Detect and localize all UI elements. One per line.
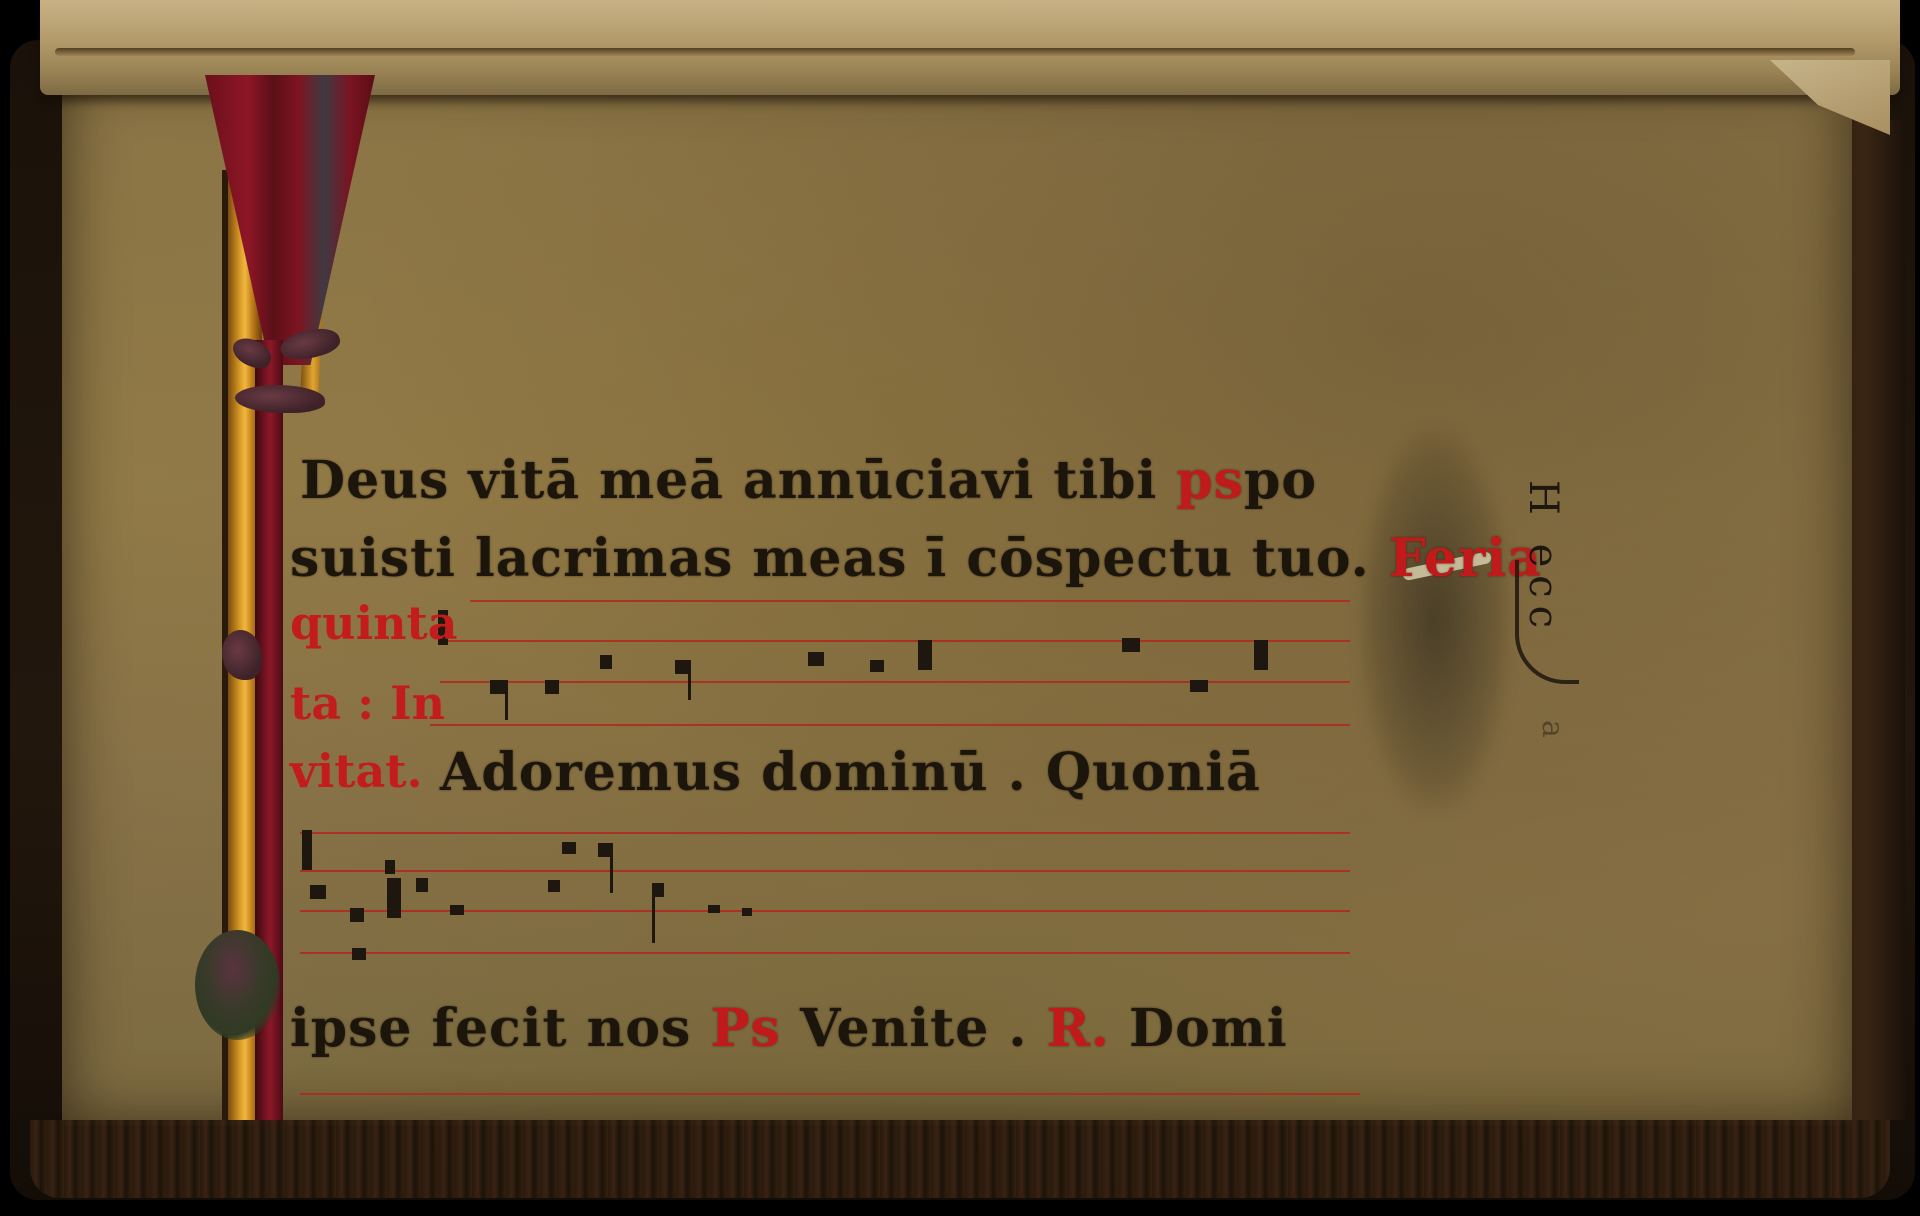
rubric-invitat-end: vitat. xyxy=(290,748,423,794)
rubric-psalm-mark: ps xyxy=(1176,450,1244,511)
note-stem xyxy=(610,843,613,893)
neume-note xyxy=(545,680,559,694)
neume-note xyxy=(1254,640,1268,670)
rubric-invitat-start: ta : In xyxy=(290,680,445,726)
note-stem xyxy=(652,883,655,943)
staff-line xyxy=(300,870,1350,872)
neume-note xyxy=(350,908,364,922)
text-segment: Adoremus dominū . Quoniā xyxy=(440,742,1261,803)
neume-note xyxy=(352,948,366,960)
neume-note xyxy=(1122,638,1140,652)
neume-note xyxy=(387,878,401,918)
neume-note xyxy=(416,878,428,892)
staff-line xyxy=(470,600,1350,602)
neume-note xyxy=(870,660,884,672)
foliate-ornament-icon xyxy=(222,630,262,680)
note-stem xyxy=(688,660,691,700)
neume-note xyxy=(1190,680,1208,692)
neume-note xyxy=(562,842,576,854)
staff-line xyxy=(440,681,1350,683)
neume-note xyxy=(918,640,932,670)
text-segment: Venite . xyxy=(800,998,1028,1059)
clef-icon xyxy=(302,830,312,870)
staff-line xyxy=(300,952,1350,954)
ink-smudge xyxy=(1360,430,1510,810)
text-segment: Domi xyxy=(1129,998,1288,1059)
note-stem xyxy=(505,680,508,720)
text-segment: suisti lacrimas meas ī cōspectu tuo. xyxy=(290,528,1370,589)
staff-line xyxy=(430,724,1350,726)
text-line-4: ipse fecit nos Ps Venite . R. Domi xyxy=(290,998,1288,1059)
neume-note xyxy=(708,905,720,913)
neume-note xyxy=(808,652,824,666)
text-line-2: suisti lacrimas meas ī cōspectu tuo. Fer… xyxy=(290,528,1542,589)
neume-note xyxy=(600,655,612,669)
neume-note xyxy=(742,908,752,916)
flap-crease xyxy=(55,48,1855,56)
rubric-psalm-mark: Ps xyxy=(710,998,780,1059)
neume-note xyxy=(385,860,395,874)
text-segment: po xyxy=(1244,450,1317,511)
text-line-1: Deus vitā meā annūciavi tibi pspo xyxy=(300,450,1317,511)
binding-bottom-strip xyxy=(30,1120,1890,1198)
text-line-3: Adoremus dominū . Quoniā xyxy=(440,742,1261,803)
text-segment: Deus vitā meā annūciavi tibi xyxy=(300,450,1157,511)
grotesque-ornament-icon xyxy=(195,930,280,1040)
neume-note xyxy=(548,880,560,892)
neume-note xyxy=(310,885,326,899)
neume-note xyxy=(450,905,464,915)
staff-line xyxy=(300,832,1350,834)
rubric-response-mark: R. xyxy=(1047,998,1110,1059)
staff-line xyxy=(440,640,1350,642)
marginal-faint-text: a xyxy=(1535,720,1570,748)
text-segment: ipse fecit nos xyxy=(290,998,691,1059)
rubric-feria-quinta: quinta xyxy=(290,600,458,646)
staff-line xyxy=(300,1093,1360,1095)
